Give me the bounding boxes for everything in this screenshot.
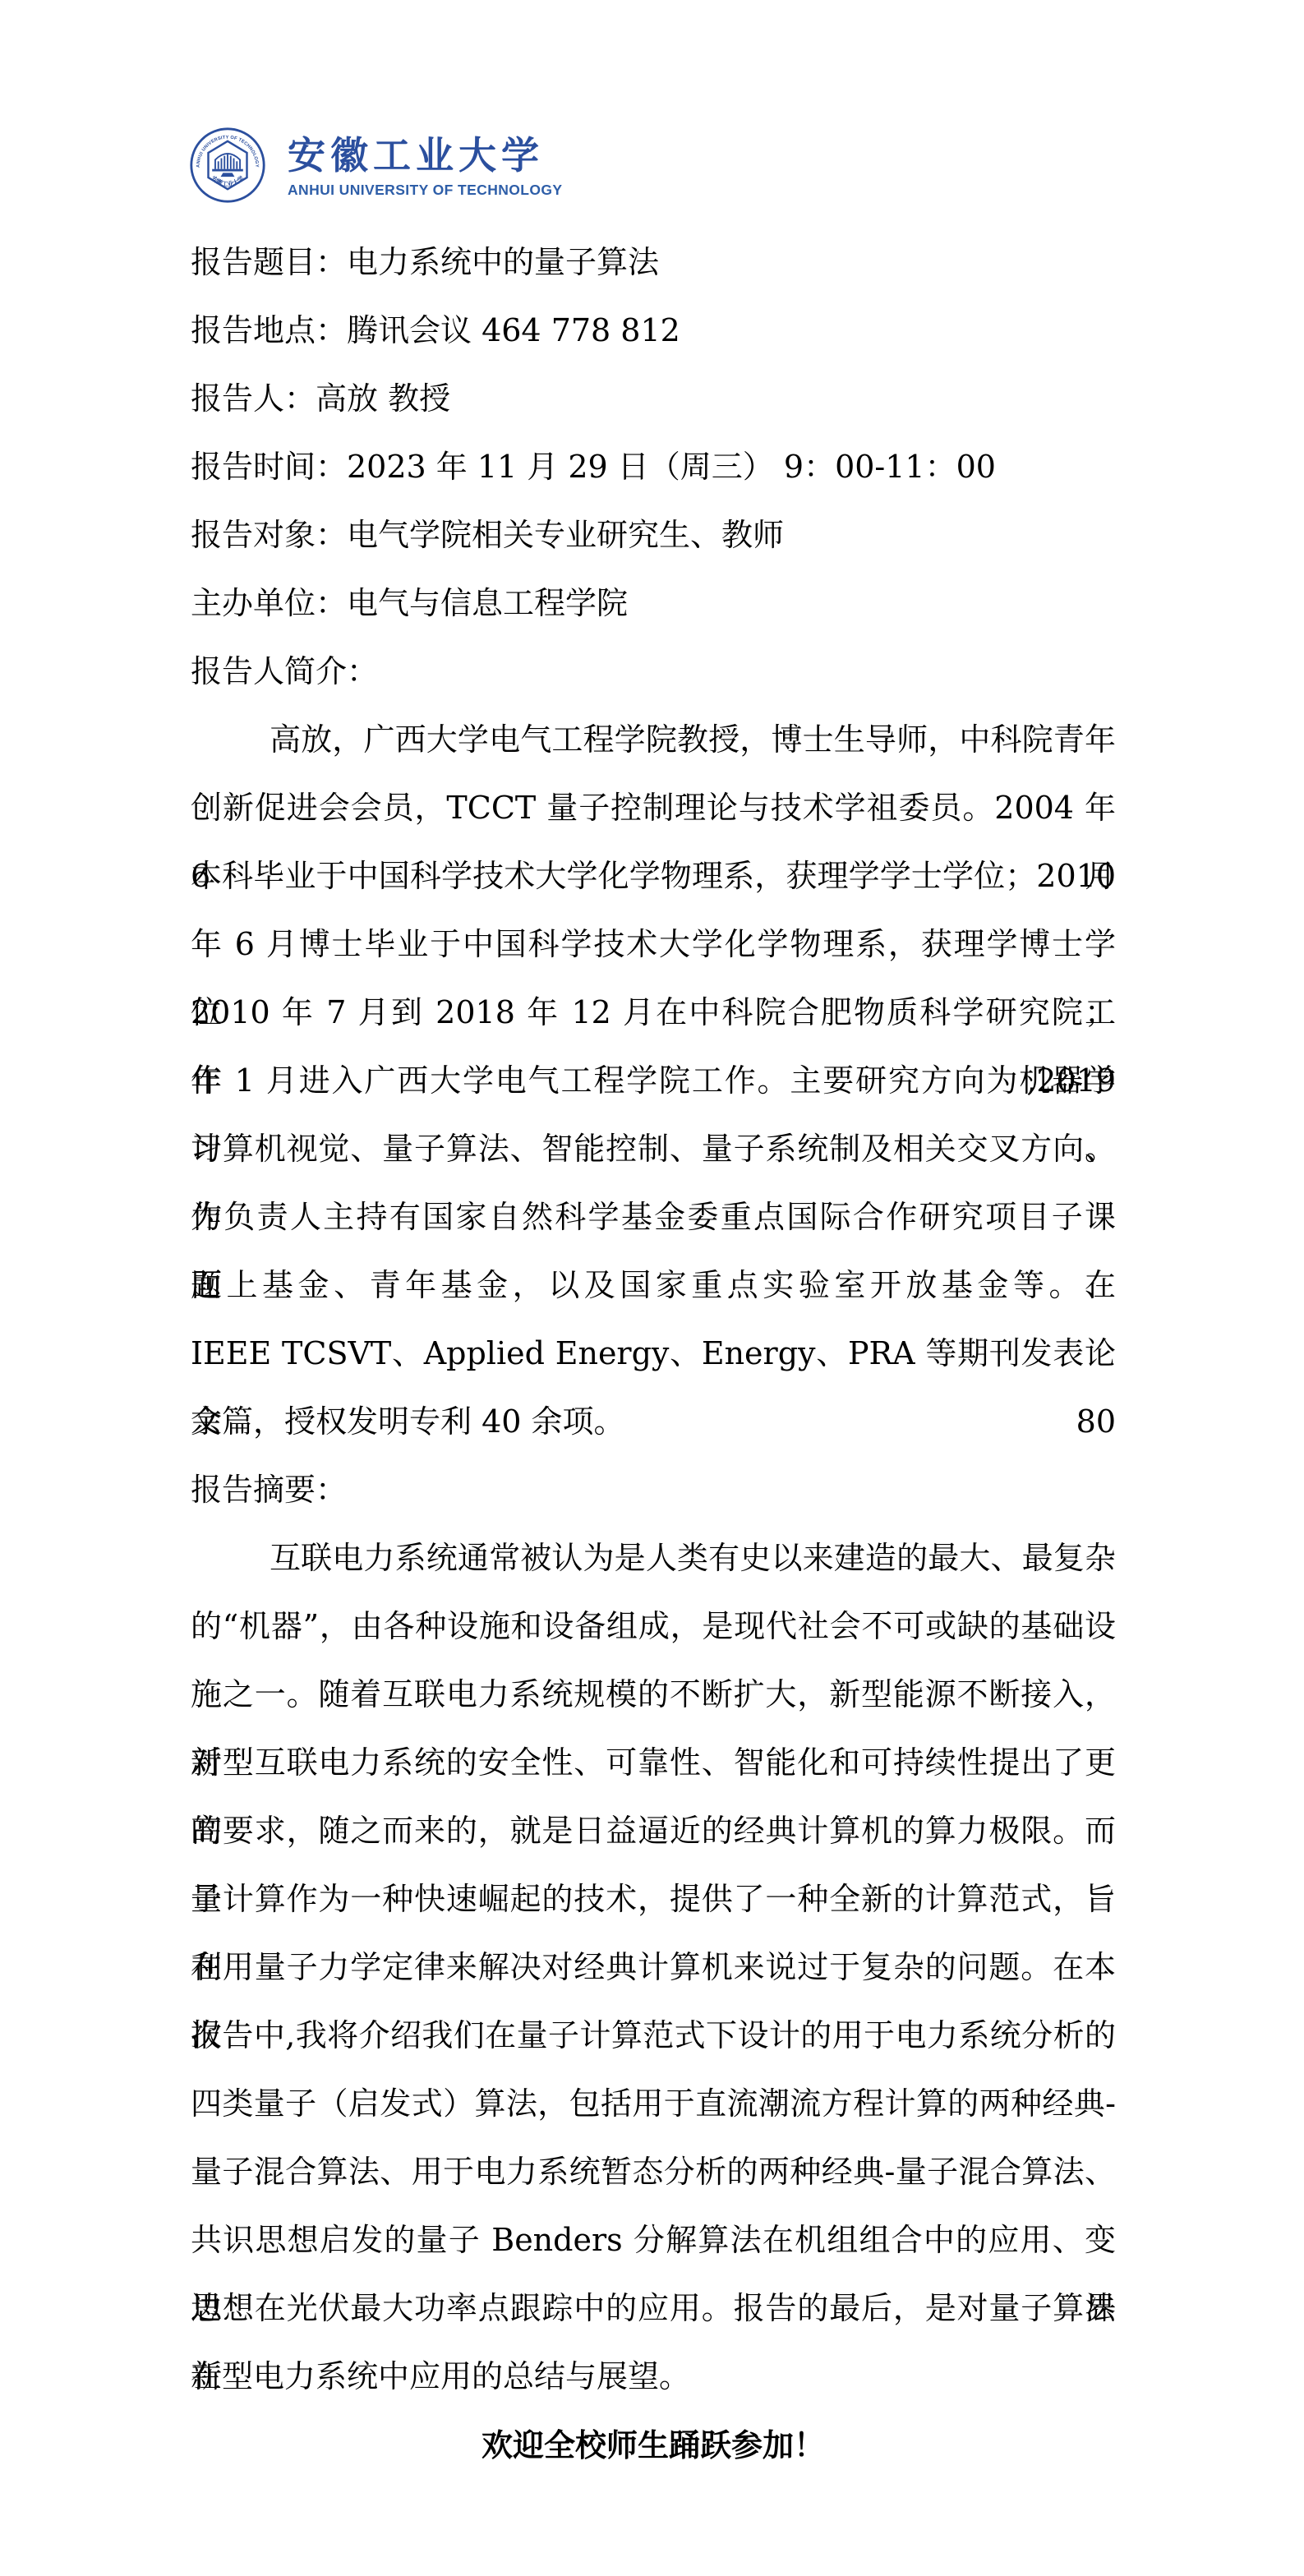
report-abstract-section: 互联电力系统通常被认为是人类有史以来建造的最大、最复杂的“机器”，由各种设施和设… bbox=[191, 1524, 1116, 2411]
bio-line: 计算机视觉、量子算法、智能控制、量子系统制及相关交叉方向。作 bbox=[191, 1115, 1116, 1183]
bio-line: IEEE TCSVT、Applied Energy、Energy、PRA 等期刊… bbox=[191, 1320, 1116, 1388]
meta-line: 报告题目：电力系统中的量子算法 bbox=[191, 228, 1116, 297]
abstract-line: 利用量子力学定律来解决对经典计算机来说过于复杂的问题。在本次 bbox=[191, 1933, 1116, 2002]
abstract-line: 新型互联电力系统的安全性、可靠性、智能化和可持续性提出了更高 bbox=[191, 1729, 1116, 1797]
bio-line: 高放，广西大学电气工程学院教授，博士生导师，中科院青年 bbox=[191, 706, 1116, 774]
meta-line: 报告时间：2023 年 11 月 29 日（周三） 9：00-11：00 bbox=[191, 433, 1116, 501]
bio-line: 创新促进会会员，TCCT 量子控制理论与技术学祖委员。2004 年 6 月 bbox=[191, 774, 1116, 842]
announcement-document: ANHUI UNIVERSITY OF TECHNOLOGY 安徽工业大学 安徽… bbox=[0, 0, 1304, 2576]
abstract-line: 思想在光伏最大功率点跟踪中的应用。报告的最后，是对量子算法在 bbox=[191, 2274, 1116, 2343]
meta-line: 报告地点：腾讯会议 464 778 812 bbox=[191, 297, 1116, 365]
report-meta-section: 报告题目：电力系统中的量子算法报告地点：腾讯会议 464 778 812报告人：… bbox=[191, 228, 1116, 706]
bio-line: 本科毕业于中国科学技术大学化学物理系，获理学学士学位；2010 bbox=[191, 842, 1116, 910]
abstract-line: 的“机器”，由各种设施和设备组成，是现代社会不可或缺的基础设 bbox=[191, 1592, 1116, 1661]
bio-line: 2010 年 7 月到 2018 年 12 月在中科院合肥物质科学研究院工作,2… bbox=[191, 979, 1116, 1047]
abstract-heading: 报告摘要： bbox=[191, 1456, 1116, 1524]
university-name-chinese: 安徽工业大学 bbox=[288, 131, 562, 179]
abstract-line: 共识思想启发的量子 Benders 分解算法在机组组合中的应用、变边界 bbox=[191, 2206, 1116, 2274]
abstract-line: 量子混合算法、用于电力系统暂态分析的两种经典-量子混合算法、 bbox=[191, 2138, 1116, 2206]
closing-invitation: 欢迎全校师生踊跃参加！ bbox=[191, 2411, 1116, 2479]
bio-line: 年 1 月进入广西大学电气工程学院工作。主要研究方向为机器学习、 bbox=[191, 1047, 1116, 1115]
university-seal-icon: ANHUI UNIVERSITY OF TECHNOLOGY 安徽工业大学 bbox=[189, 127, 266, 204]
seal-building-icon bbox=[212, 154, 243, 177]
meta-line: 报告对象：电气学院相关专业研究生、教师 bbox=[191, 501, 1116, 569]
abstract-line: 施之一。随着互联电力系统规模的不断扩大，新型能源不断接入，对 bbox=[191, 1661, 1116, 1729]
abstract-line: 报告中,我将介绍我们在量子计算范式下设计的用于电力系统分析的 bbox=[191, 2002, 1116, 2070]
bio-line: 面上基金、青年基金，以及国家重点实验室开放基金等。在 bbox=[191, 1251, 1116, 1320]
university-name-english: ANHUI UNIVERSITY OF TECHNOLOGY bbox=[288, 181, 562, 199]
meta-line: 报告人：高放 教授 bbox=[191, 365, 1116, 433]
abstract-line: 子计算作为一种快速崛起的技术，提供了一种全新的计算范式，旨在 bbox=[191, 1865, 1116, 1933]
abstract-line: 四类量子（启发式）算法，包括用于直流潮流方程计算的两种经典- bbox=[191, 2070, 1116, 2138]
abstract-line: 的要求，随之而来的，就是日益逼近的经典计算机的算力极限。而量 bbox=[191, 1797, 1116, 1865]
meta-line: 主办单位：电气与信息工程学院 bbox=[191, 569, 1116, 638]
announcement-body: 报告题目：电力系统中的量子算法报告地点：腾讯会议 464 778 812报告人：… bbox=[191, 228, 1116, 2479]
abstract-line: 新型电力系统中应用的总结与展望。 bbox=[191, 2343, 1116, 2411]
university-logo-text: 安徽工业大学 ANHUI UNIVERSITY OF TECHNOLOGY bbox=[288, 131, 562, 199]
bio-line: 为负责人主持有国家自然科学基金委重点国际合作研究项目子课题、 bbox=[191, 1183, 1116, 1251]
meta-line: 报告人简介： bbox=[191, 638, 1116, 706]
speaker-bio-section: 高放，广西大学电气工程学院教授，博士生导师，中科院青年创新促进会会员，TCCT … bbox=[191, 706, 1116, 1456]
bio-line: 年 6 月博士毕业于中国科学技术大学化学物理系，获理学博士学位； bbox=[191, 910, 1116, 979]
university-logo: ANHUI UNIVERSITY OF TECHNOLOGY 安徽工业大学 安徽… bbox=[189, 122, 562, 204]
abstract-line: 互联电力系统通常被认为是人类有史以来建造的最大、最复杂 bbox=[191, 1524, 1116, 1592]
